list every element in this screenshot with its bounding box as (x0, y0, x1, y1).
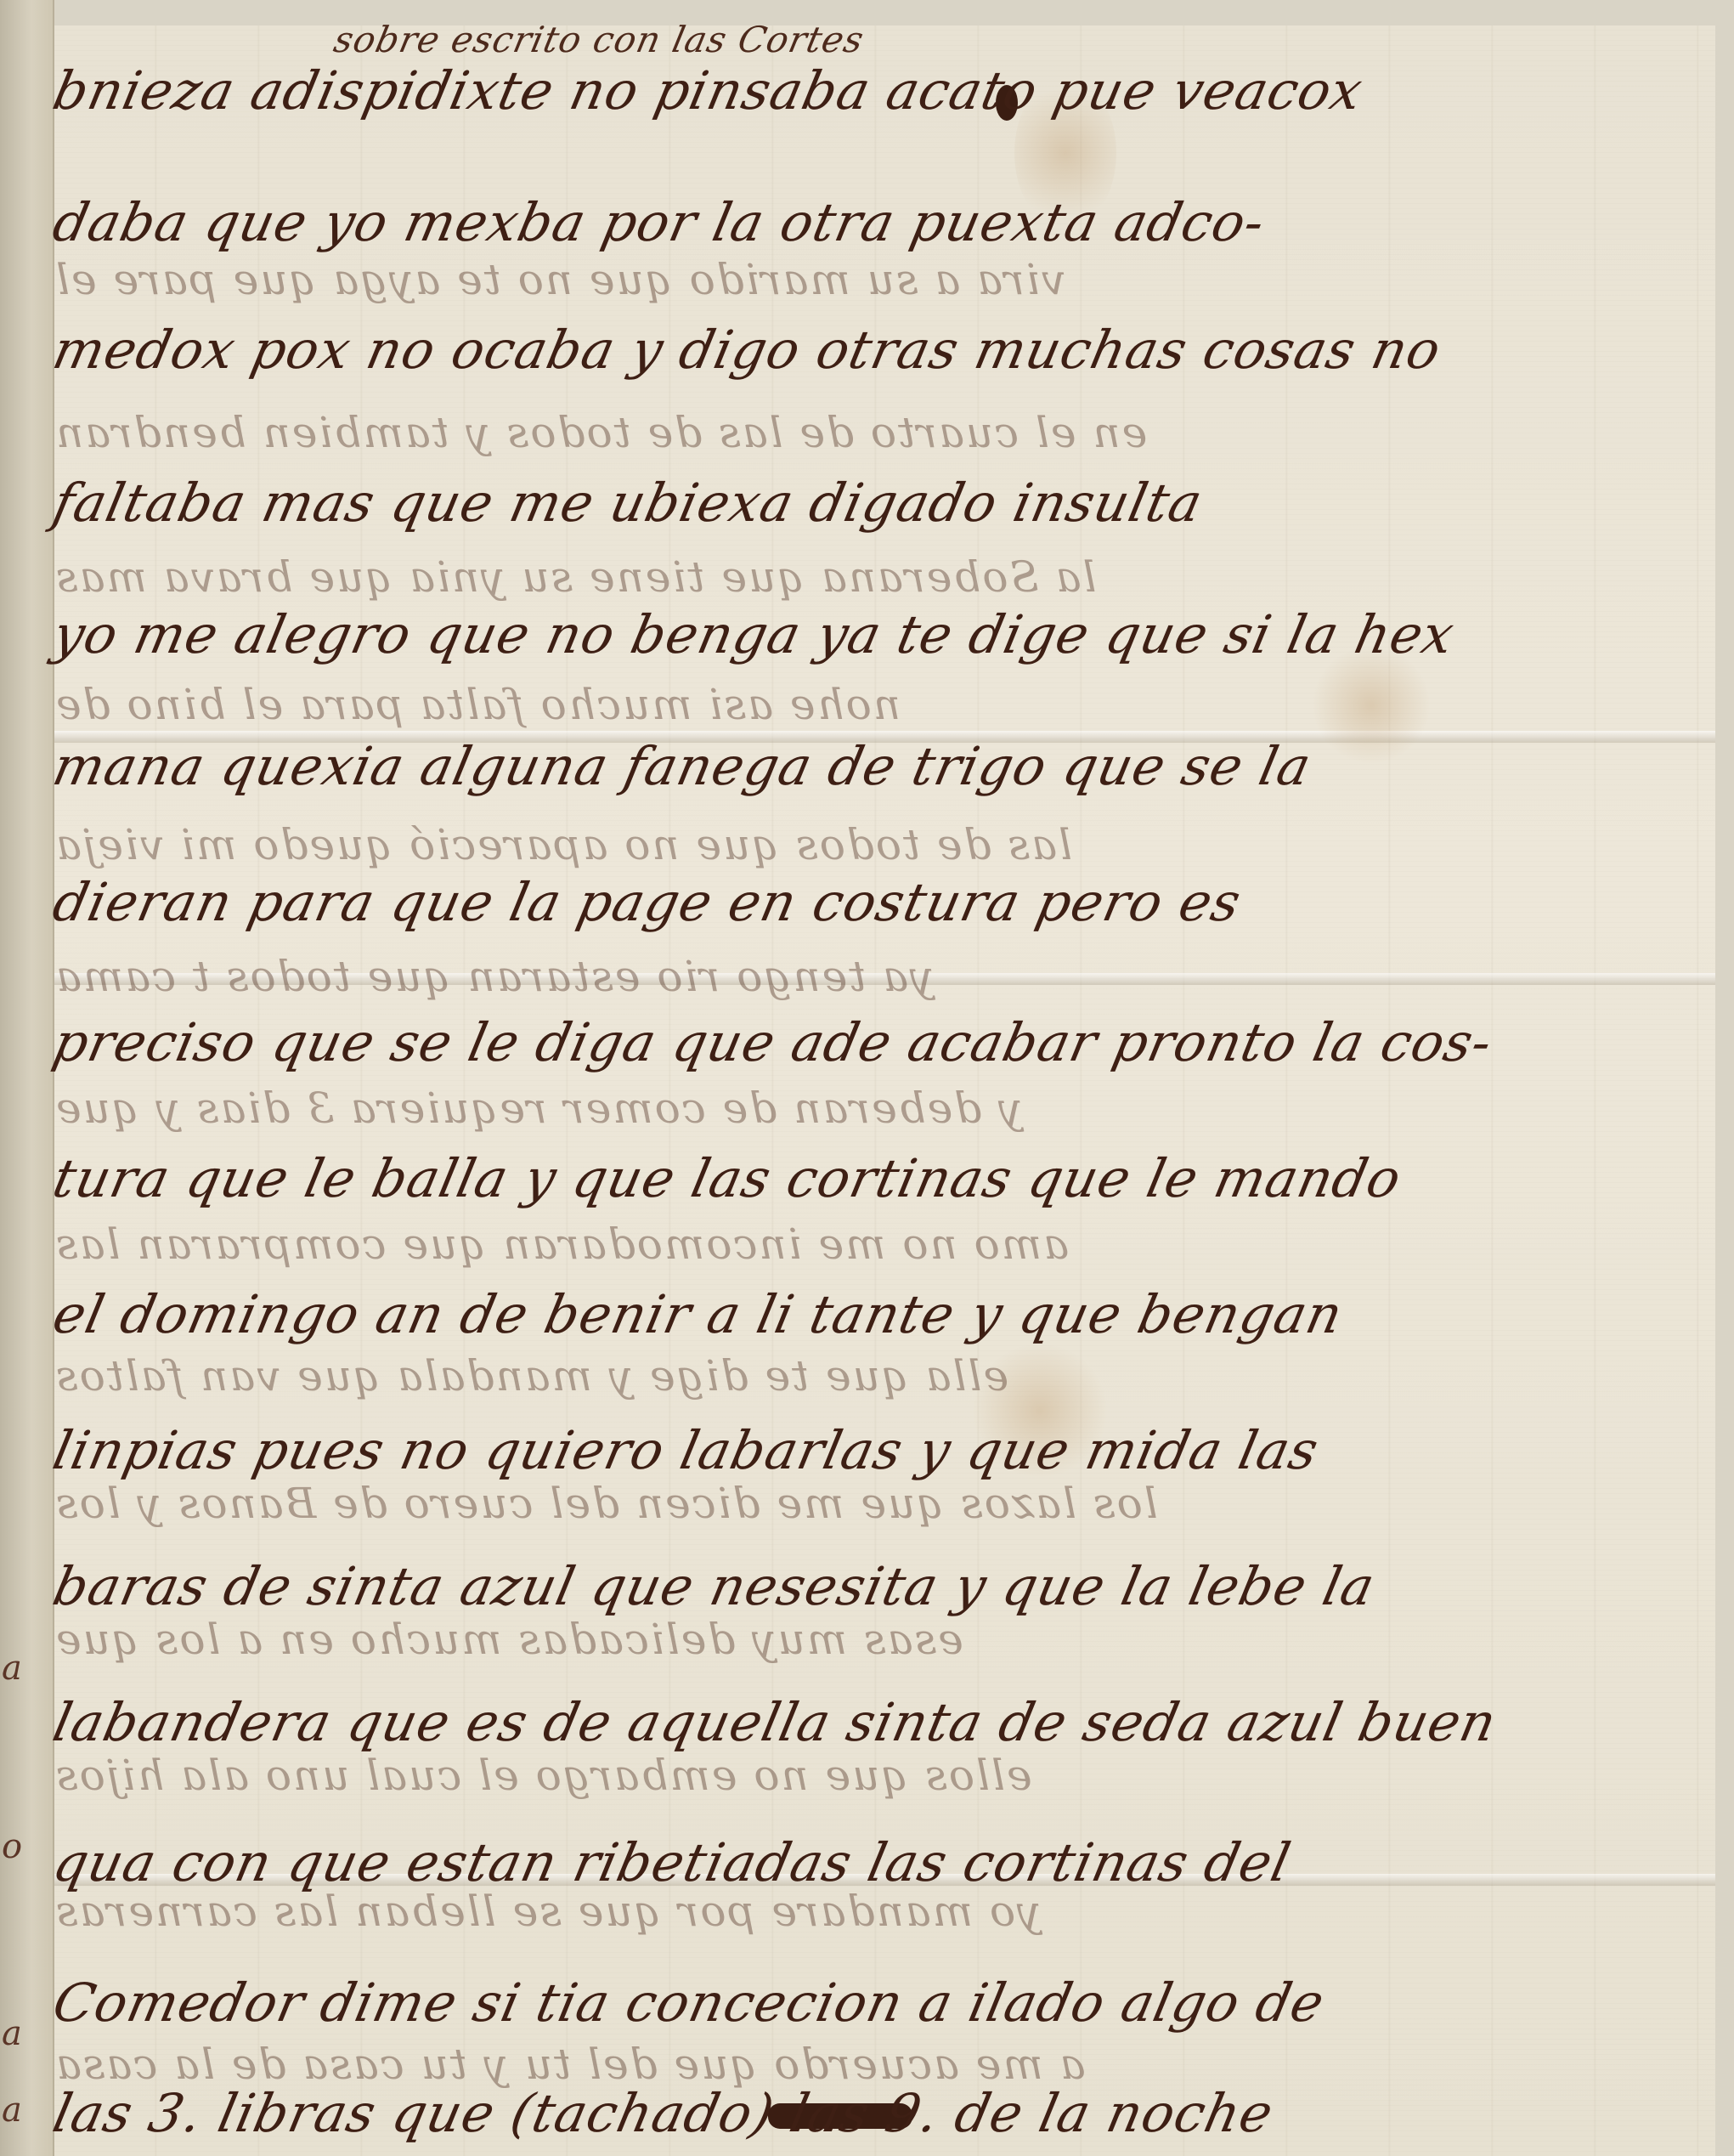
margin-fragment: a (2, 2014, 22, 2053)
letter-line: mana quexia alguna fanega de trigo que s… (48, 735, 1317, 797)
letter-line: preciso que se le diga que ade acabar pr… (48, 1011, 1498, 1073)
letter-line: baras de sinta azul que nesesita y que l… (48, 1555, 1381, 1617)
letter-line: el domingo an de benir a li tante y que … (48, 1283, 1348, 1345)
letter-line: bnieza adispidixte no pinsaba acato pue … (48, 59, 1368, 122)
margin-fragment: o (2, 1827, 22, 1866)
bleed-through-line: la Soberana que tiene su ynia que brava … (54, 552, 1669, 602)
letter-line: qua con que estan ribetiadas las cortina… (48, 1831, 1296, 1893)
letter-line: faltaba mas que me ubiexa digado insulta (48, 472, 1208, 534)
letter-line: daba que yo mexba por la otra puexta adc… (48, 191, 1270, 253)
letter-line: Comedor dime si tia concecion a ilado al… (48, 1972, 1330, 2034)
bleed-through-line: nohe asi mucho falta para el bino de (54, 680, 1669, 729)
letter-line: dieran para que la page en costura pero … (48, 871, 1246, 933)
bleed-through-line: las de todos que no apareció quedo mi vi… (54, 820, 1669, 869)
margin-fragment: a (2, 2091, 22, 2130)
bleed-through-line: vira a su marido que no te ayga que pare… (54, 255, 1669, 304)
letter-line: medox pox no ocaba y digo otras muchas c… (48, 319, 1447, 381)
bleed-through-line: ya tengo rio estaran que todos t cama (54, 952, 1669, 1001)
letter-line: las 3. libras que (tachado) las 9. de la… (48, 2082, 1279, 2144)
bleed-through-line: los lazos que me dicen del cuero de Bano… (54, 1479, 1669, 1528)
bleed-through-line: yo mandare por que se lleban las carnera… (54, 1887, 1669, 1936)
bleed-through-line: ellos que no embargo el cual uno ala hij… (54, 1751, 1669, 1800)
letter-line: linpias pues no quiero labarlas y que mi… (48, 1419, 1324, 1481)
interlinear-note: sobre escrito con las Cortes (330, 19, 868, 60)
bleed-through-line: esas muy delicadas mucho en a los que (54, 1615, 1669, 1664)
bleed-through-line: y deberan de comer requiera 3 dias y que (54, 1084, 1669, 1133)
letter-line: yo me alegro que no benga ya te dige que… (48, 603, 1460, 665)
adjacent-page-edge: a o a a (0, 0, 54, 2156)
letter-line: tura que le balla y que las cortinas que… (48, 1147, 1407, 1209)
bleed-through-line: en el cuarto de las de todos y tambien b… (54, 408, 1669, 457)
letter-page: vira a su marido que no te ayga que pare… (54, 25, 1715, 2156)
letter-line: labandera que es de aquella sinta de sed… (48, 1691, 1502, 1753)
bleed-through-line: ella que te dige y mandala que van falto… (54, 1351, 1669, 1401)
bleed-through-line: amo no me incomodaran que compraran las (54, 1219, 1669, 1269)
margin-fragment: a (2, 1649, 22, 1688)
